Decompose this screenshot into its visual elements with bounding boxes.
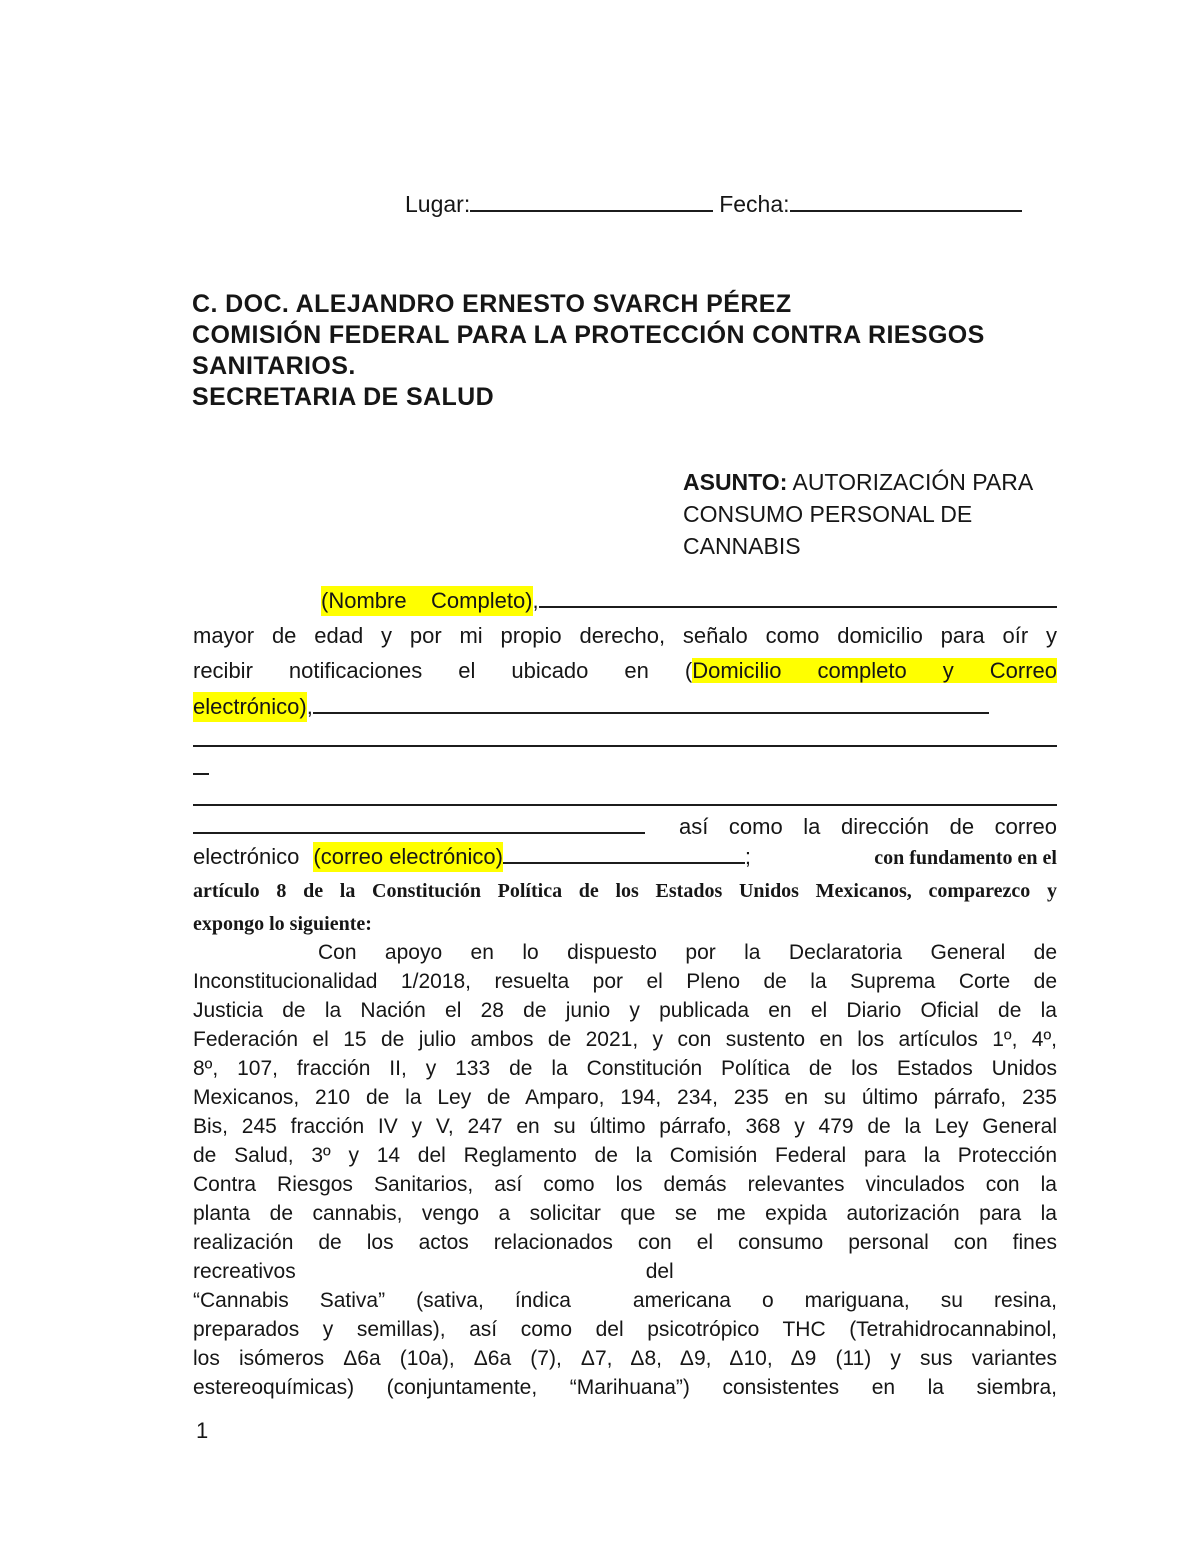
text-run: ;: [745, 842, 751, 872]
text-line: Con apoyo en lo dispuesto por la Declara…: [193, 938, 1057, 967]
highlighted-placeholder: Domicilio completo y Correo: [692, 658, 1057, 683]
addressee-secretariat: SECRETARIA DE SALUD: [192, 382, 1092, 413]
text-line: Inconstitucionalidad 1/2018, resuelta po…: [193, 967, 1057, 996]
text-run: Inconstitucionalidad 1/2018, resuelta po…: [193, 970, 1057, 993]
text-line: artículo 8 de la Constitución Política d…: [193, 875, 1057, 908]
text-run: así como la dirección de correo: [679, 812, 1057, 842]
blank-underline: [503, 841, 745, 864]
highlighted-placeholder: electrónico): [193, 692, 307, 722]
blank-underline: [193, 783, 1057, 806]
text-line: así como la dirección de correo: [193, 811, 1057, 841]
text-line: Justicia de la Nación el 28 de junio y p…: [193, 996, 1057, 1025]
text-run: del: [646, 1257, 674, 1286]
addressee-name: C. DOC. ALEJANDRO ERNESTO SVARCH PÉREZ: [192, 289, 1092, 320]
text-line: recibir notificaciones el ubicado en (Do…: [193, 656, 1057, 691]
text-run: Justicia de la Nación el 28 de junio y p…: [193, 999, 1057, 1022]
subject-line3: CANNABIS: [683, 530, 1078, 562]
text-run: recreativos: [193, 1257, 296, 1286]
page-number: 1: [196, 1418, 208, 1444]
subject-line1: AUTORIZACIÓN PARA: [787, 469, 1033, 495]
text-run: los isómeros Δ6a (10a), Δ6a (7), Δ7, Δ8,…: [193, 1347, 1057, 1370]
text-run: 8º, 107, fracción II, y 133 de la Consti…: [193, 1057, 1057, 1080]
fecha-label: Fecha:: [719, 191, 789, 217]
text-run: mayor de edad y por mi propio derecho, s…: [193, 623, 1057, 648]
paragraph-1: (Nombre Completo),mayor de edad y por mi…: [193, 585, 1057, 941]
text-run: expongo lo siguiente:: [193, 913, 372, 935]
text-line: preparados y semillas), así como del psi…: [193, 1315, 1057, 1344]
subject-label: ASUNTO:: [683, 469, 787, 495]
text-line: [193, 783, 1057, 811]
text-run: Mexicanos, 210 de la Ley de Amparo, 194,…: [193, 1086, 1057, 1109]
text-run: “Cannabis Sativa” (sativa, índica americ…: [193, 1289, 1057, 1312]
text-run: artículo 8 de la Constitución Política d…: [193, 880, 1057, 902]
text-run: electrónico: [193, 842, 299, 872]
subject-line2: CONSUMO PERSONAL DE: [683, 498, 1078, 530]
dateline: Lugar: Fecha:: [193, 188, 1057, 217]
blank-underline: [313, 691, 989, 714]
blank-underline: [193, 752, 209, 775]
text-line: electrónico(correo electrónico);con fund…: [193, 841, 1057, 875]
text-line: [193, 724, 1057, 752]
text-run: planta de cannabis, vengo a solicitar qu…: [193, 1202, 1057, 1225]
text-line: de Salud, 3º y 14 del Reglamento de la C…: [193, 1141, 1057, 1170]
addressee-agency-line2: SANITARIOS.: [192, 351, 1092, 382]
text-line: [193, 752, 1057, 783]
text-line: expongo lo siguiente:: [193, 908, 1057, 941]
lugar-label: Lugar:: [405, 191, 470, 217]
text-run: con fundamento en el: [874, 843, 1057, 873]
text-line: (Nombre Completo),: [193, 585, 1057, 621]
lugar-blank-line: [470, 188, 713, 212]
text-line: Contra Riesgos Sanitarios, así como los …: [193, 1170, 1057, 1199]
text-run: de Salud, 3º y 14 del Reglamento de la C…: [193, 1144, 1057, 1167]
text-run: realización de los actos relacionados co…: [193, 1231, 1057, 1254]
text-run: recibir notificaciones el ubicado en (: [193, 658, 692, 683]
text-line: recreativosdel: [193, 1257, 1057, 1286]
text-line: electrónico),: [193, 691, 1057, 724]
blank-underline: [193, 724, 1057, 747]
fecha-blank-line: [790, 188, 1022, 212]
text-line: ASUNTO: AUTORIZACIÓN PARA: [683, 466, 1078, 498]
text-line: Bis, 245 fracción IV y V, 247 en su últi…: [193, 1112, 1057, 1141]
text-line: “Cannabis Sativa” (sativa, índica americ…: [193, 1286, 1057, 1315]
highlighted-placeholder: (correo electrónico): [313, 842, 503, 872]
text-line: Federación el 15 de julio ambos de 2021,…: [193, 1025, 1057, 1054]
text-line: los isómeros Δ6a (10a), Δ6a (7), Δ7, Δ8,…: [193, 1344, 1057, 1373]
text-line: estereoquímicas) (conjuntamente, “Marihu…: [193, 1373, 1057, 1402]
text-run: Con apoyo en lo dispuesto por la Declara…: [318, 941, 1057, 964]
text-line: planta de cannabis, vengo a solicitar qu…: [193, 1199, 1057, 1228]
text-run: Federación el 15 de julio ambos de 2021,…: [193, 1028, 1057, 1051]
text-line: Mexicanos, 210 de la Ley de Amparo, 194,…: [193, 1083, 1057, 1112]
document-page: Lugar: Fecha: C. DOC. ALEJANDRO ERNESTO …: [0, 0, 1200, 1553]
text-line: realización de los actos relacionados co…: [193, 1228, 1057, 1257]
text-run: Contra Riesgos Sanitarios, así como los …: [193, 1173, 1057, 1196]
text-line: mayor de edad y por mi propio derecho, s…: [193, 621, 1057, 656]
blank-underline: [193, 811, 645, 834]
text-run: estereoquímicas) (conjuntamente, “Marihu…: [193, 1376, 1057, 1399]
addressee-block: C. DOC. ALEJANDRO ERNESTO SVARCH PÉREZ C…: [192, 289, 1092, 413]
addressee-agency-line1: COMISIÓN FEDERAL PARA LA PROTECCIÓN CONT…: [192, 320, 1092, 351]
text-run: Bis, 245 fracción IV y V, 247 en su últi…: [193, 1115, 1057, 1138]
text-run: preparados y semillas), así como del psi…: [193, 1318, 1057, 1341]
highlighted-placeholder: (Nombre Completo): [321, 586, 533, 616]
paragraph-2: Con apoyo en lo dispuesto por la Declara…: [193, 938, 1057, 1402]
blank-underline: [539, 585, 1057, 608]
text-line: 8º, 107, fracción II, y 133 de la Consti…: [193, 1054, 1057, 1083]
subject-block: ASUNTO: AUTORIZACIÓN PARA CONSUMO PERSON…: [683, 466, 1078, 562]
